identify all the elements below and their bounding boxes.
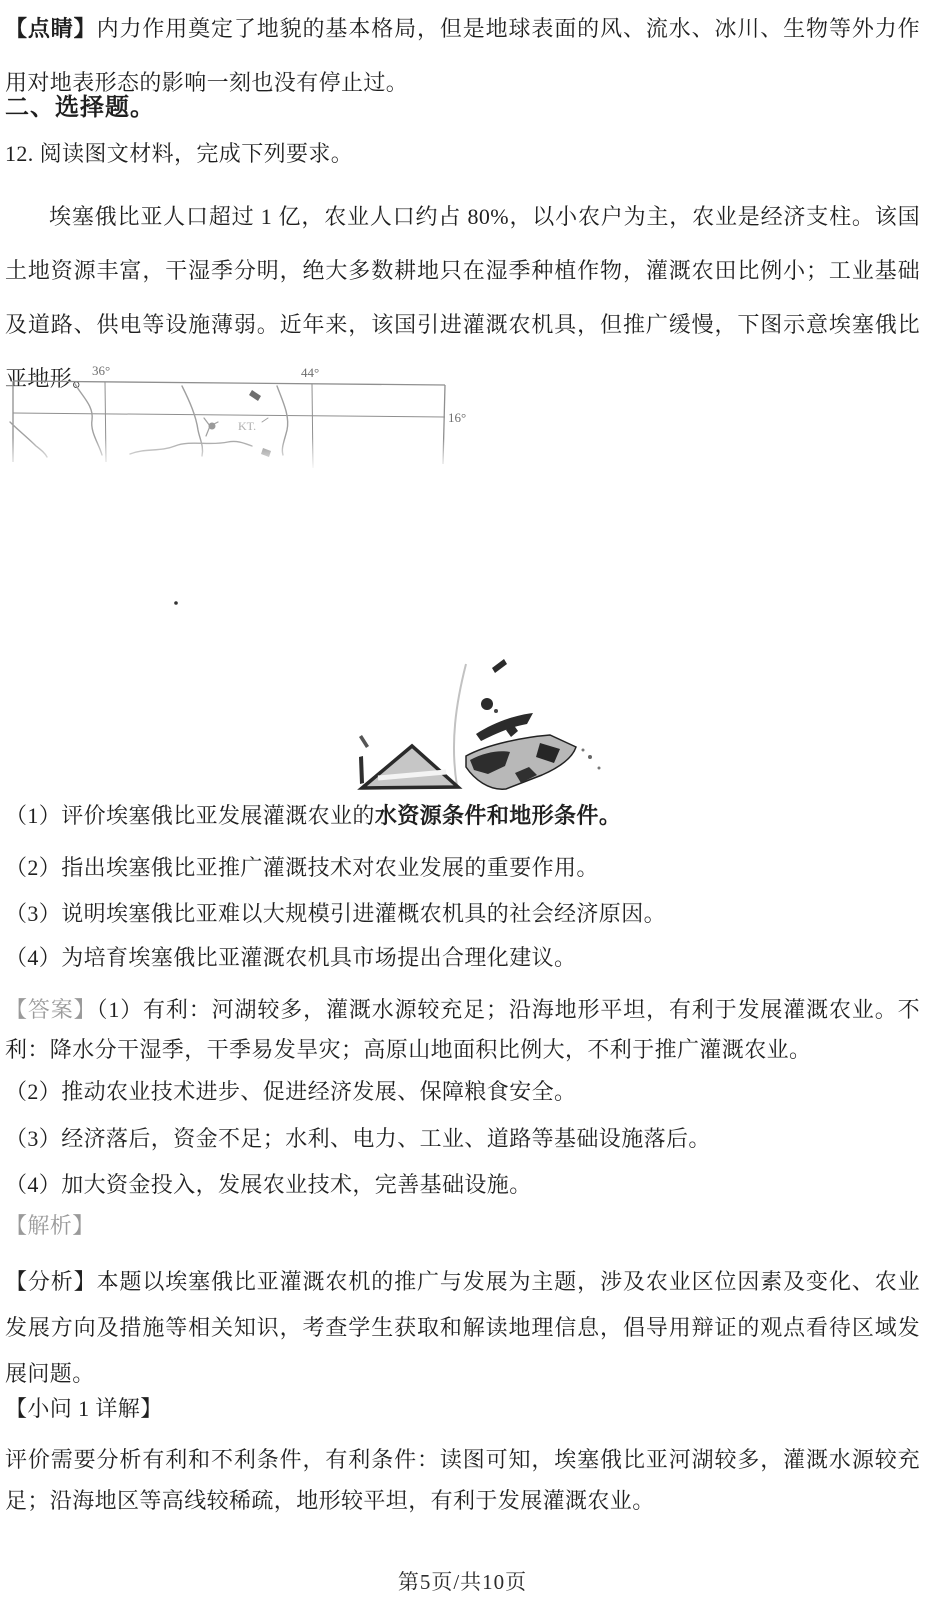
page-footer: 第5页/共10页 xyxy=(0,1566,925,1596)
sub-question-2: （2）指出埃塞俄比亚推广灌溉技术对农业发展的重要作用。 xyxy=(5,852,920,884)
sub-question-1: （1）评价埃塞俄比亚发展灌溉农业的水资源条件和地形条件。 xyxy=(5,800,920,832)
sub-question-1-bold: 水资源条件和地形条件。 xyxy=(375,803,621,828)
section-heading: 二、选择题。 xyxy=(5,92,920,124)
answer-1-text: （1）有利：河湖较多，灌溉水源较充足；沿海地形平坦，有利于发展灌溉农业。不利：降… xyxy=(5,997,920,1062)
dianjing-label: 【点睛】 xyxy=(5,16,97,41)
map-frame-top-border xyxy=(13,381,445,385)
blob-speck-2 xyxy=(598,767,601,770)
blob-speck-3 xyxy=(582,749,585,752)
dianjing-text: 内力作用奠定了地貌的基本格局，但是地球表面的风、流水、冰川、生物等外力作用对地表… xyxy=(5,16,920,95)
blob-shape-2 xyxy=(481,698,493,710)
detail1-text: 评价需要分析有利和不利条件，有利条件：读图可知，埃塞俄比亚河湖较多，灌溉水源较充… xyxy=(5,1439,920,1521)
blob-wedge xyxy=(362,746,458,788)
sub-question-1-normal: （1）评价埃塞俄比亚发展灌溉农业的 xyxy=(5,803,375,828)
scan-fade-overlay xyxy=(0,438,470,472)
map-dark-blob-artifact xyxy=(359,659,601,789)
blob-shape-1 xyxy=(492,659,507,673)
answer-3: （3）经济落后，资金不足；水利、电力、工业、道路等基础设施落后。 xyxy=(5,1123,920,1155)
feature-tick xyxy=(262,418,268,422)
answer-paragraph-1: 【答案】（1）有利：河湖较多，灌溉水源较充足；沿海地形平坦，有利于发展灌溉农业。… xyxy=(5,990,920,1070)
map-dark-dash xyxy=(249,390,261,401)
blob-bar xyxy=(359,756,364,784)
fenxi-text: 本题以埃塞俄比亚灌溉农机的推广与发展为主题，涉及农业区位因素及变化、农业发展方向… xyxy=(5,1269,920,1386)
blob-wing xyxy=(476,713,533,741)
jiexi-label: 【解析】 xyxy=(5,1210,920,1242)
parallel-16-line xyxy=(13,413,445,417)
map-feature-label: KT. xyxy=(238,419,256,433)
answer-label: 【答案】 xyxy=(5,997,96,1022)
blob-shape-3 xyxy=(494,709,498,713)
ethiopia-terrain-map-figure: 36° 44° 16° KT. xyxy=(0,358,925,798)
longitude-44-label: 44° xyxy=(301,365,319,380)
longitude-36-label: 36° xyxy=(92,363,110,378)
blob-arc xyxy=(454,664,466,786)
sub-question-3: （3）说明埃塞俄比亚难以大规模引进灌概农机具的社会经济原因。 xyxy=(5,898,920,930)
blob-slash-small xyxy=(359,735,369,748)
document-page: 【点睛】内力作用奠定了地貌的基本格局，但是地球表面的风、流水、冰川、生物等外力作… xyxy=(0,0,925,1600)
sub-question-4: （4）为培育埃塞俄比亚灌溉农机具市场提出合理化建议。 xyxy=(5,942,920,974)
ink-dot xyxy=(174,601,178,605)
blob-speck-1 xyxy=(588,755,592,759)
fenxi-paragraph: 【分析】本题以埃塞俄比亚灌溉农机的推广与发展为主题，涉及农业区位因素及变化、农业… xyxy=(5,1259,920,1397)
question-12-intro: 12. 阅读图文材料，完成下列要求。 xyxy=(5,138,920,170)
river-fork-blob xyxy=(209,423,216,430)
answer-4: （4）加大资金投入，发展农业技术，完善基础设施。 xyxy=(5,1169,920,1201)
detail1-label: 【小问 1 详解】 xyxy=(5,1393,920,1425)
answer-2: （2）推动农业技术进步、促进经济发展、保障粮食安全。 xyxy=(5,1076,920,1108)
fenxi-label: 【分析】 xyxy=(5,1269,97,1294)
latitude-16-label: 16° xyxy=(448,410,466,425)
